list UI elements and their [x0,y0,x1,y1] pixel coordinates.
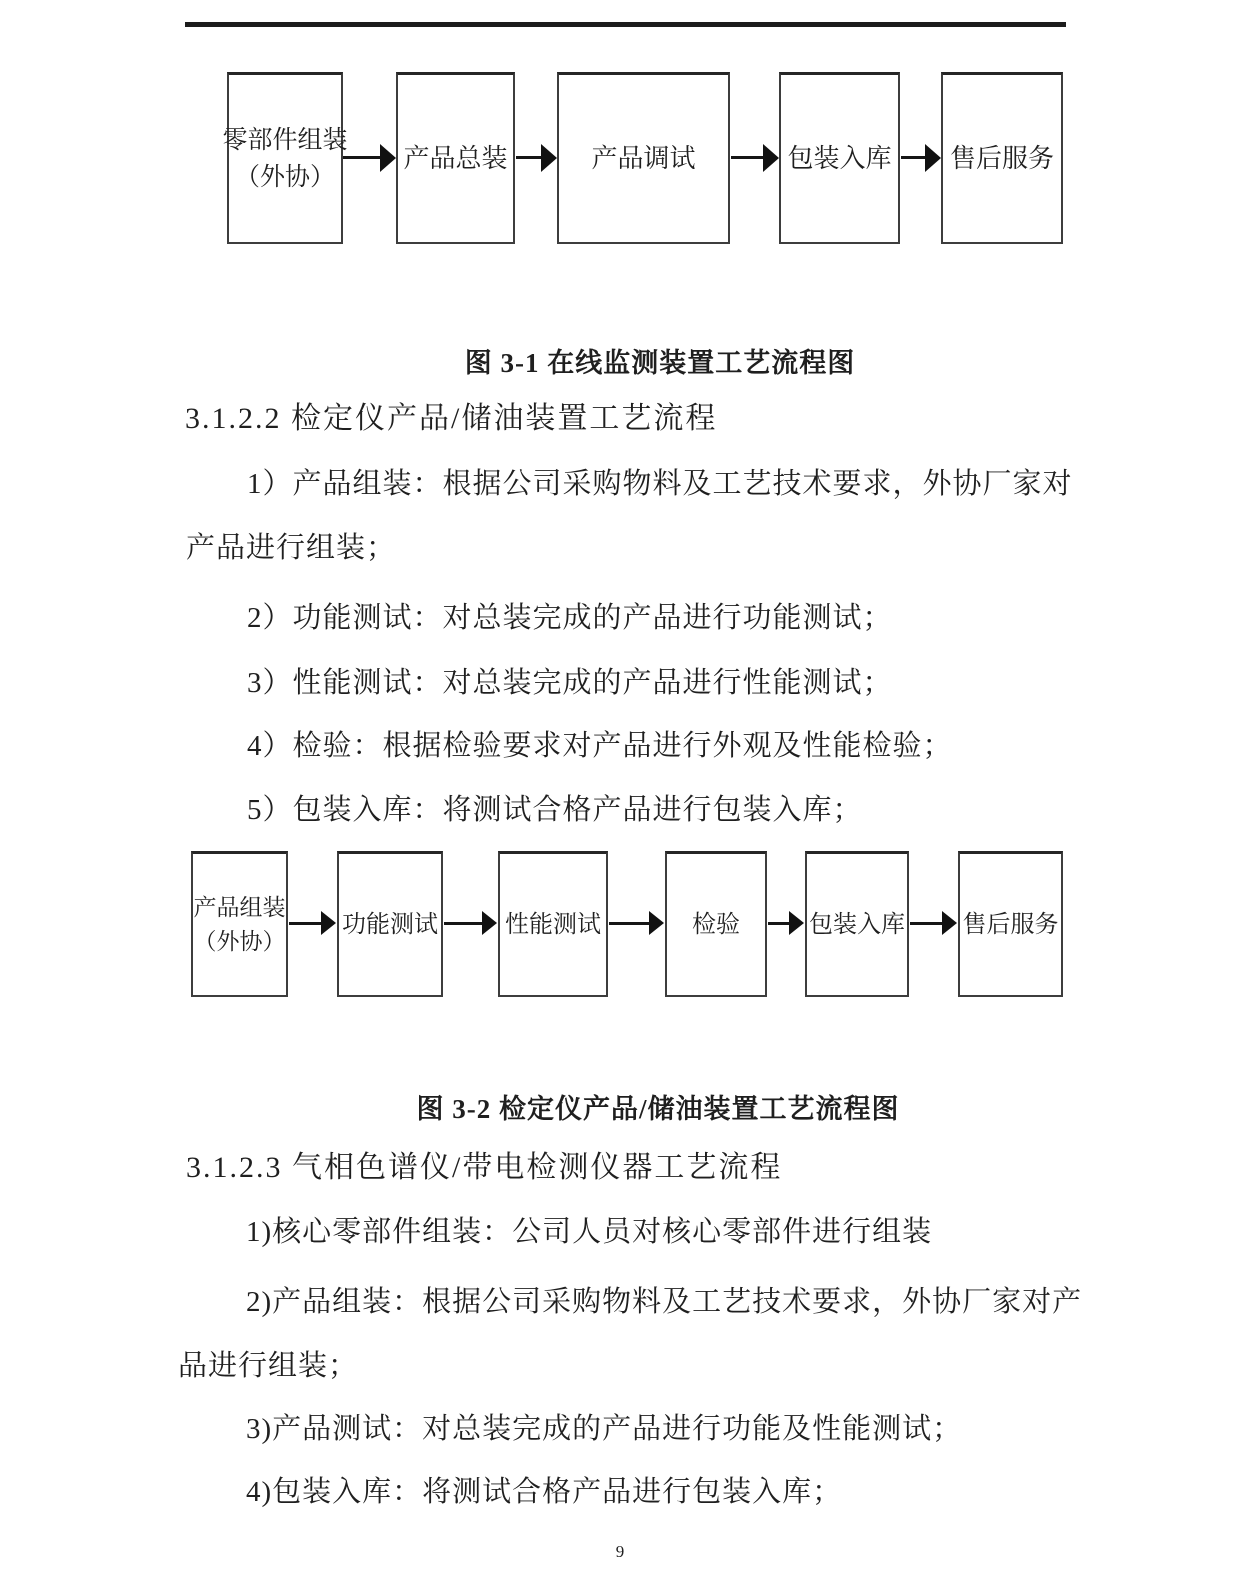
flow-node-after-sales: 售后服务 [941,72,1063,244]
paragraph-line: 4）检验：根据检验要求对产品进行外观及性能检验； [247,731,953,762]
flow-node-parts-assembly: 零部件组装 （外协） [227,72,343,244]
paragraph-line: 1）产品组装：根据公司采购物料及工艺技术要求，外协厂家对 [247,469,1073,500]
flow-arrow-head-icon [942,911,957,935]
flow-node-label: 售后服务 [950,140,1054,177]
flow-arrow-line [731,156,763,159]
flow-arrow-line [444,922,482,925]
flow-node-label: 包装入库 [787,140,891,177]
flow-node-packing-storage: 包装入库 [779,72,900,244]
paragraph-line: 3）性能测试：对总装完成的产品进行性能测试； [247,668,893,699]
flow-node-label: 零部件组装 [223,122,348,159]
document-page: 零部件组装 （外协） 产品总装 产品调试 包装入库 售后服务 图 3-1 在线监… [0,0,1240,1578]
paragraph-line: 5）包装入库：将测试合格产品进行包装入库； [247,795,863,826]
page-number: 9 [0,1543,1240,1561]
paragraph-line: 4)包装入库：将测试合格产品进行包装入库； [246,1477,842,1508]
flow-node-function-test: 功能测试 [337,851,443,997]
section-heading-3-1-2-3: 3.1.2.3 气相色谱仪/带电检测仪器工艺流程 [186,1151,782,1184]
flow-arrow-line [289,922,321,925]
flow-arrow-head-icon [482,911,497,935]
header-rule [185,22,1066,27]
flow-node-label: 包装入库 [809,908,905,942]
flow-node-label: 性能测试 [505,908,601,942]
flow-arrow-line [768,922,789,925]
flow-node-packing-storage: 包装入库 [805,851,909,997]
flow-node-label: 售后服务 [963,908,1059,942]
flow-node-label: 功能测试 [342,908,438,942]
flowchart-online-monitoring: 零部件组装 （外协） 产品总装 产品调试 包装入库 售后服务 [0,72,1240,244]
paragraph-line: 1)核心零部件组装：公司人员对核心零部件进行组装 [246,1217,932,1248]
flow-node-label: 检验 [692,908,740,942]
section-heading-3-1-2-2: 3.1.2.2 检定仪产品/储油装置工艺流程 [185,402,717,435]
flow-arrow-head-icon [380,144,396,172]
paragraph-line: 品进行组装； [178,1351,358,1382]
flow-node-inspection: 检验 [665,851,767,997]
flow-node-label: 产品调试 [591,140,695,177]
paragraph-line: 产品进行组装； [186,533,396,564]
flow-node-product-debug: 产品调试 [557,72,730,244]
paragraph-line: 3)产品测试：对总装完成的产品进行功能及性能测试； [246,1414,962,1445]
flow-node-performance-test: 性能测试 [498,851,608,997]
flow-arrow-head-icon [763,144,779,172]
flow-arrow-head-icon [649,911,664,935]
flow-arrow-head-icon [541,144,557,172]
figure-caption-3-2: 图 3-2 检定仪产品/储油装置工艺流程图 [38,1094,1240,1124]
flow-arrow-line [609,922,649,925]
flow-node-label: （外协） [194,925,286,959]
flow-arrow-line [516,156,541,159]
flow-arrow-line [901,156,925,159]
flow-node-label: 产品组装 [194,891,286,925]
figure-caption-3-1: 图 3-1 在线监测装置工艺流程图 [40,348,1240,378]
paragraph-line: 2）功能测试：对总装完成的产品进行功能测试； [247,603,893,634]
flow-node-product-assembly: 产品组装 （外协） [191,851,288,997]
flow-node-label: 产品总装 [403,140,507,177]
flow-node-final-assembly: 产品总装 [396,72,515,244]
paragraph-line: 2)产品组装：根据公司采购物料及工艺技术要求，外协厂家对产 [246,1287,1082,1318]
flow-node-after-sales: 售后服务 [958,851,1063,997]
flow-arrow-head-icon [925,144,941,172]
flow-node-label: （外协） [235,159,335,196]
flow-arrow-head-icon [789,911,804,935]
flow-arrow-head-icon [321,911,336,935]
flow-arrow-line [910,922,942,925]
flow-arrow-line [343,156,380,159]
flowchart-verifier-product: 产品组装 （外协） 功能测试 性能测试 检验 包装入库 售后服务 [0,851,1240,997]
